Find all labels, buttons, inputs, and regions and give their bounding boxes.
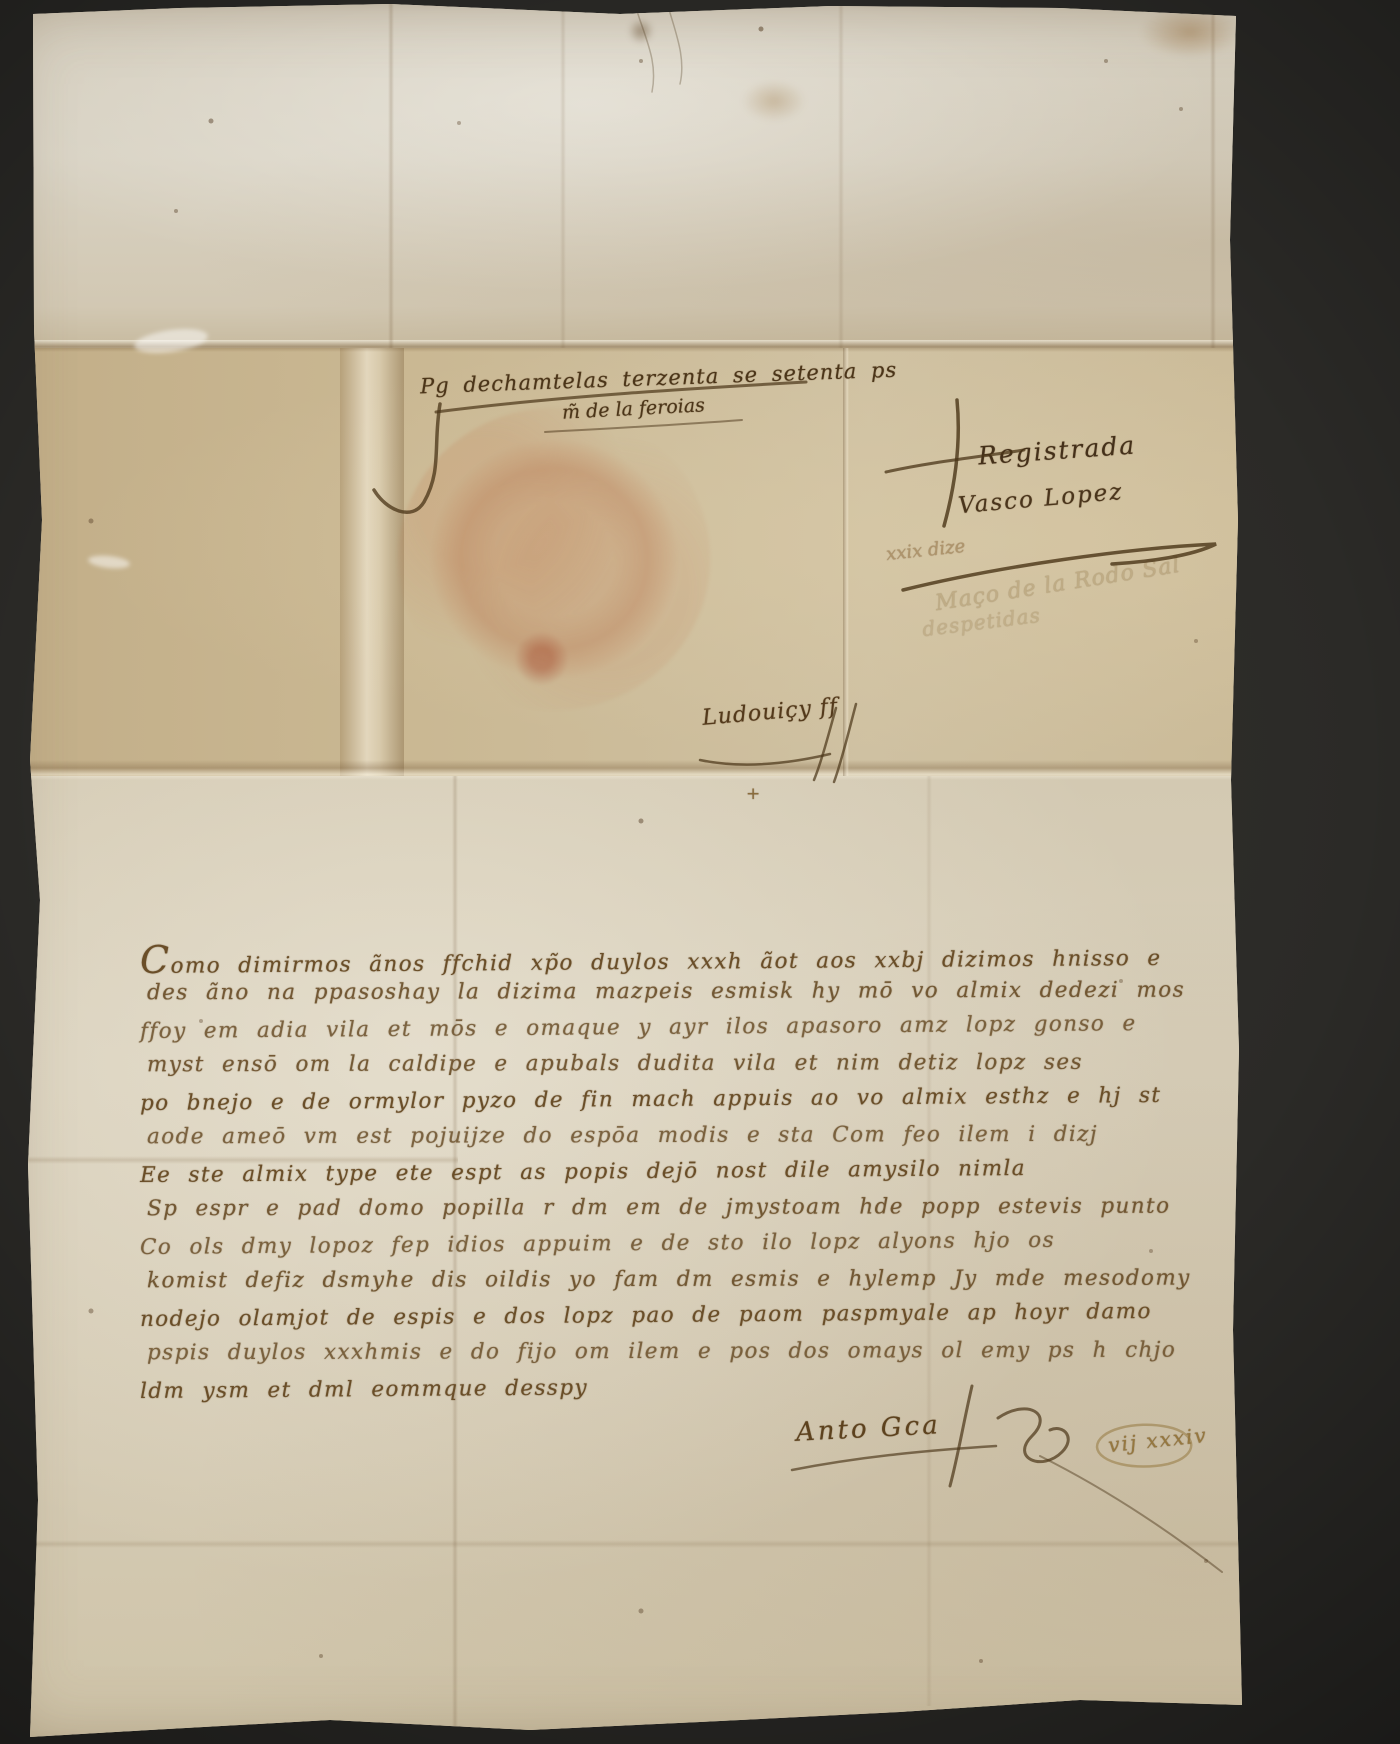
manuscript-line: ldm ysm et dml eommque desspy	[140, 1366, 1150, 1410]
manuscript-line: Como dimirmos ãnos ffchid xp̃o duylos x…	[140, 934, 1150, 978]
manuscript-body-text: Como dimirmos ãnos ffchid xp̃o duylos x…	[140, 938, 1150, 1406]
manuscript-line: myst ensō om la caldipe e apubals dudit…	[147, 1045, 1157, 1084]
dirt-specks	[0, 0, 2, 2]
manuscript-line: po bnejo e de ormylor pyzo de fin mach a…	[140, 1078, 1150, 1122]
manuscript-line: pspis duylos xxxhmis e do fijo om ilem e…	[147, 1333, 1157, 1372]
manuscript-line: nodejo olamjot de espis e dos lopz pao d…	[140, 1294, 1150, 1338]
manuscript-line: des ãno na ppasoshay la dizima mazpeis …	[147, 973, 1157, 1012]
manuscript-line: ffoy em adia vila et mōs e omaque y ayr…	[140, 1006, 1150, 1050]
cross-mark: +	[746, 784, 760, 804]
manuscript-line: Sp espr e pad domo popilla r dm em de jm…	[147, 1189, 1157, 1228]
photo-stage: Pg dechamtelas terzenta se setenta ps m̃…	[0, 0, 1400, 1744]
edge-shading	[0, 0, 1400, 1744]
parchment-document: Pg dechamtelas terzenta se setenta ps m̃…	[0, 0, 1400, 1744]
manuscript-line: Ee ste almix type ete espt as popis dejo…	[140, 1150, 1150, 1194]
manuscript-line: Co ols dmy lopoz fep idios appuim e de s…	[140, 1222, 1150, 1266]
manuscript-line: aode ameō vm est pojuijze do espōa mod…	[147, 1117, 1157, 1156]
manuscript-line: komist defiz dsmyhe dis oildis yo fam dm…	[147, 1261, 1157, 1300]
